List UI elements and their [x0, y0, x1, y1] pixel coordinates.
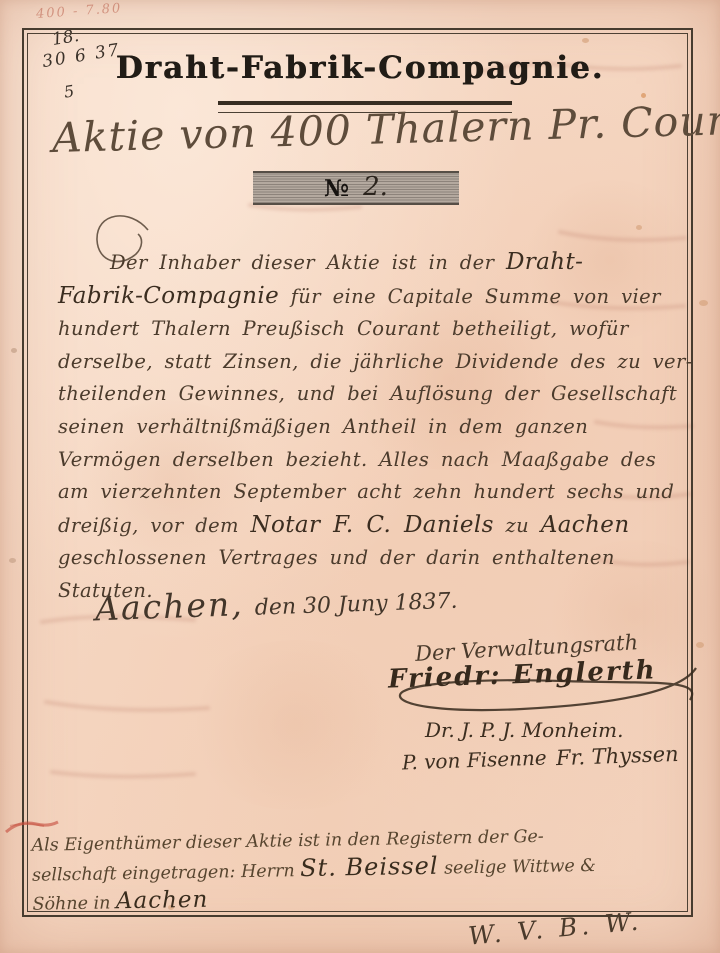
- foxing-speck: [9, 558, 16, 563]
- registration-text: Söhne in: [32, 893, 116, 914]
- share-number-band: № 2.: [253, 171, 459, 205]
- pencil-price-note: 400 - 7.80: [36, 1, 123, 22]
- signature-fisenne: P. von Fisenne: [402, 745, 547, 774]
- body-line-emphasis: Fabrik-Compagnie: [58, 283, 279, 309]
- body-line: geschlossenen Vertrages und der darin en…: [58, 542, 674, 575]
- company-title: Draht-Fabrik-Compagnie.: [0, 50, 720, 86]
- number-value: 2.: [363, 172, 388, 202]
- body-line: hundert Thalern Preußisch Courant bethei…: [58, 313, 674, 346]
- body-line-text: Der Inhaber dieser Aktie ist in der: [110, 251, 506, 274]
- registration-place: Aachen: [116, 887, 209, 915]
- date-text: den 30 Juny 1837.: [254, 589, 458, 621]
- body-text: Der Inhaber dieser Aktie ist in der Drah…: [58, 246, 674, 608]
- body-line: derselbe, statt Zinsen, die jährliche Di…: [58, 346, 674, 379]
- place-name: Aachen,: [94, 584, 244, 628]
- body-line: am vierzehnten September acht zehn hunde…: [58, 476, 674, 509]
- registered-owner-name: St. Beissel: [300, 852, 439, 882]
- number-sign: №: [324, 175, 349, 202]
- foxing-speck: [11, 348, 17, 353]
- body-line-emphasis: Draht-: [506, 249, 583, 275]
- signature-monheim: Dr. J. P. J. Monheim.: [425, 718, 623, 742]
- registration-text: sellschaft eingetragen: Herrn: [32, 861, 300, 886]
- body-line-text: zu: [494, 514, 541, 537]
- body-line: Der Inhaber dieser Aktie ist in der Drah…: [58, 246, 674, 280]
- foxing-speck: [699, 300, 708, 306]
- body-line: Vermögen derselben bezieht. Alles nach M…: [58, 444, 674, 477]
- body-line-text: dreißig, vor dem: [58, 514, 251, 537]
- notary-place: Aachen: [541, 512, 630, 538]
- registration-note: Als Eigenthümer dieser Aktie ist in den …: [31, 821, 692, 919]
- registration-text: seelige Wittwe &: [438, 856, 596, 879]
- body-line: theilenden Gewinnes, und bei Auflösung d…: [58, 378, 674, 411]
- body-line: Fabrik-Compagnie für eine Capitale Summe…: [58, 280, 674, 314]
- body-line: dreißig, vor dem Notar F. C. Daniels zu …: [58, 509, 674, 543]
- body-line-text: für eine Capitale Summe von vier: [279, 285, 661, 308]
- notary-name: Notar F. C. Daniels: [251, 512, 494, 538]
- body-line: seinen verhältnißmäßigen Antheil in dem …: [58, 411, 674, 444]
- foxing-speck: [696, 642, 704, 648]
- certificate-scan: 400 - 7.80 18. 30 6 37 5 Draht-Fabrik-Co…: [0, 0, 720, 953]
- signature-thyssen: Fr. Thyssen: [556, 742, 679, 770]
